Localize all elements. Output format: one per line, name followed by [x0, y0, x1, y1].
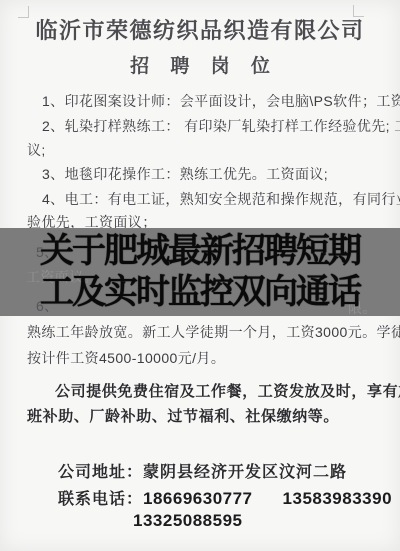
phone-number-3: 13325088595	[133, 511, 243, 530]
contact-phone-line: 联系电话：1866963077713583983390	[58, 486, 392, 509]
benefit-line-2: 班补助、厂龄补助、过节福利、社保缴纳等。	[27, 405, 339, 426]
contact-phone-line-2: 13325088595	[133, 511, 243, 531]
wage-line-2: 按计件工资4500-10000元/月。	[27, 348, 225, 368]
recruitment-poster-photo: 临沂市荣德纺织品织造有限公司 招 聘 岗 位 1、印花图案设计师：会平面设计，会…	[0, 0, 400, 551]
overlay-headline-line2: 工及实时监控双向通话	[40, 272, 360, 313]
job-line-3: 3、地毯印花操作工：熟练工优先。工资面议;	[42, 164, 328, 184]
job-line-2-wrap: 议;	[27, 140, 46, 160]
address-label: 公司地址：	[58, 464, 143, 481]
job-line-2: 2、轧染打样熟练工： 有印染厂轧染打样工作经验优先; 工资面	[42, 116, 400, 136]
phone-number-1: 18669630777	[143, 489, 253, 508]
company-address-line: 公司地址：蒙阴县经济开发区汶河二路	[58, 459, 347, 482]
headline-overlay-banner: 5、 工资面议。 6、 限。 关于肥城最新招聘短期 工及实时监控双向通话	[0, 228, 400, 316]
section-title: 招 聘 岗 位	[0, 51, 400, 78]
overlay-headline-line1: 关于肥城最新招聘短期	[40, 231, 360, 272]
wage-line-1: 熟练工年龄放宽。新工人学徒期一个月，工资3000元。学徒期满后	[27, 322, 400, 342]
address-value: 蒙阴县经济开发区汶河二路	[143, 464, 347, 481]
job-line-4: 4、电工：有电工证，熟知安全规范和操作规范，有同行业工作经	[42, 189, 400, 209]
company-title: 临沂市荣德纺织品织造有限公司	[0, 14, 400, 45]
phone-number-2: 13583983390	[283, 489, 393, 508]
phone-label: 联系电话：	[58, 491, 143, 508]
benefit-line-1: 公司提供免费住宿及工作餐，工资发放及时，享有加	[55, 380, 400, 401]
job-line-1: 1、印花图案设计师：会平面设计，会电脑\PS软件；工资面议；	[42, 91, 400, 111]
overlay-headline: 关于肥城最新招聘短期 工及实时监控双向通话	[0, 228, 400, 316]
